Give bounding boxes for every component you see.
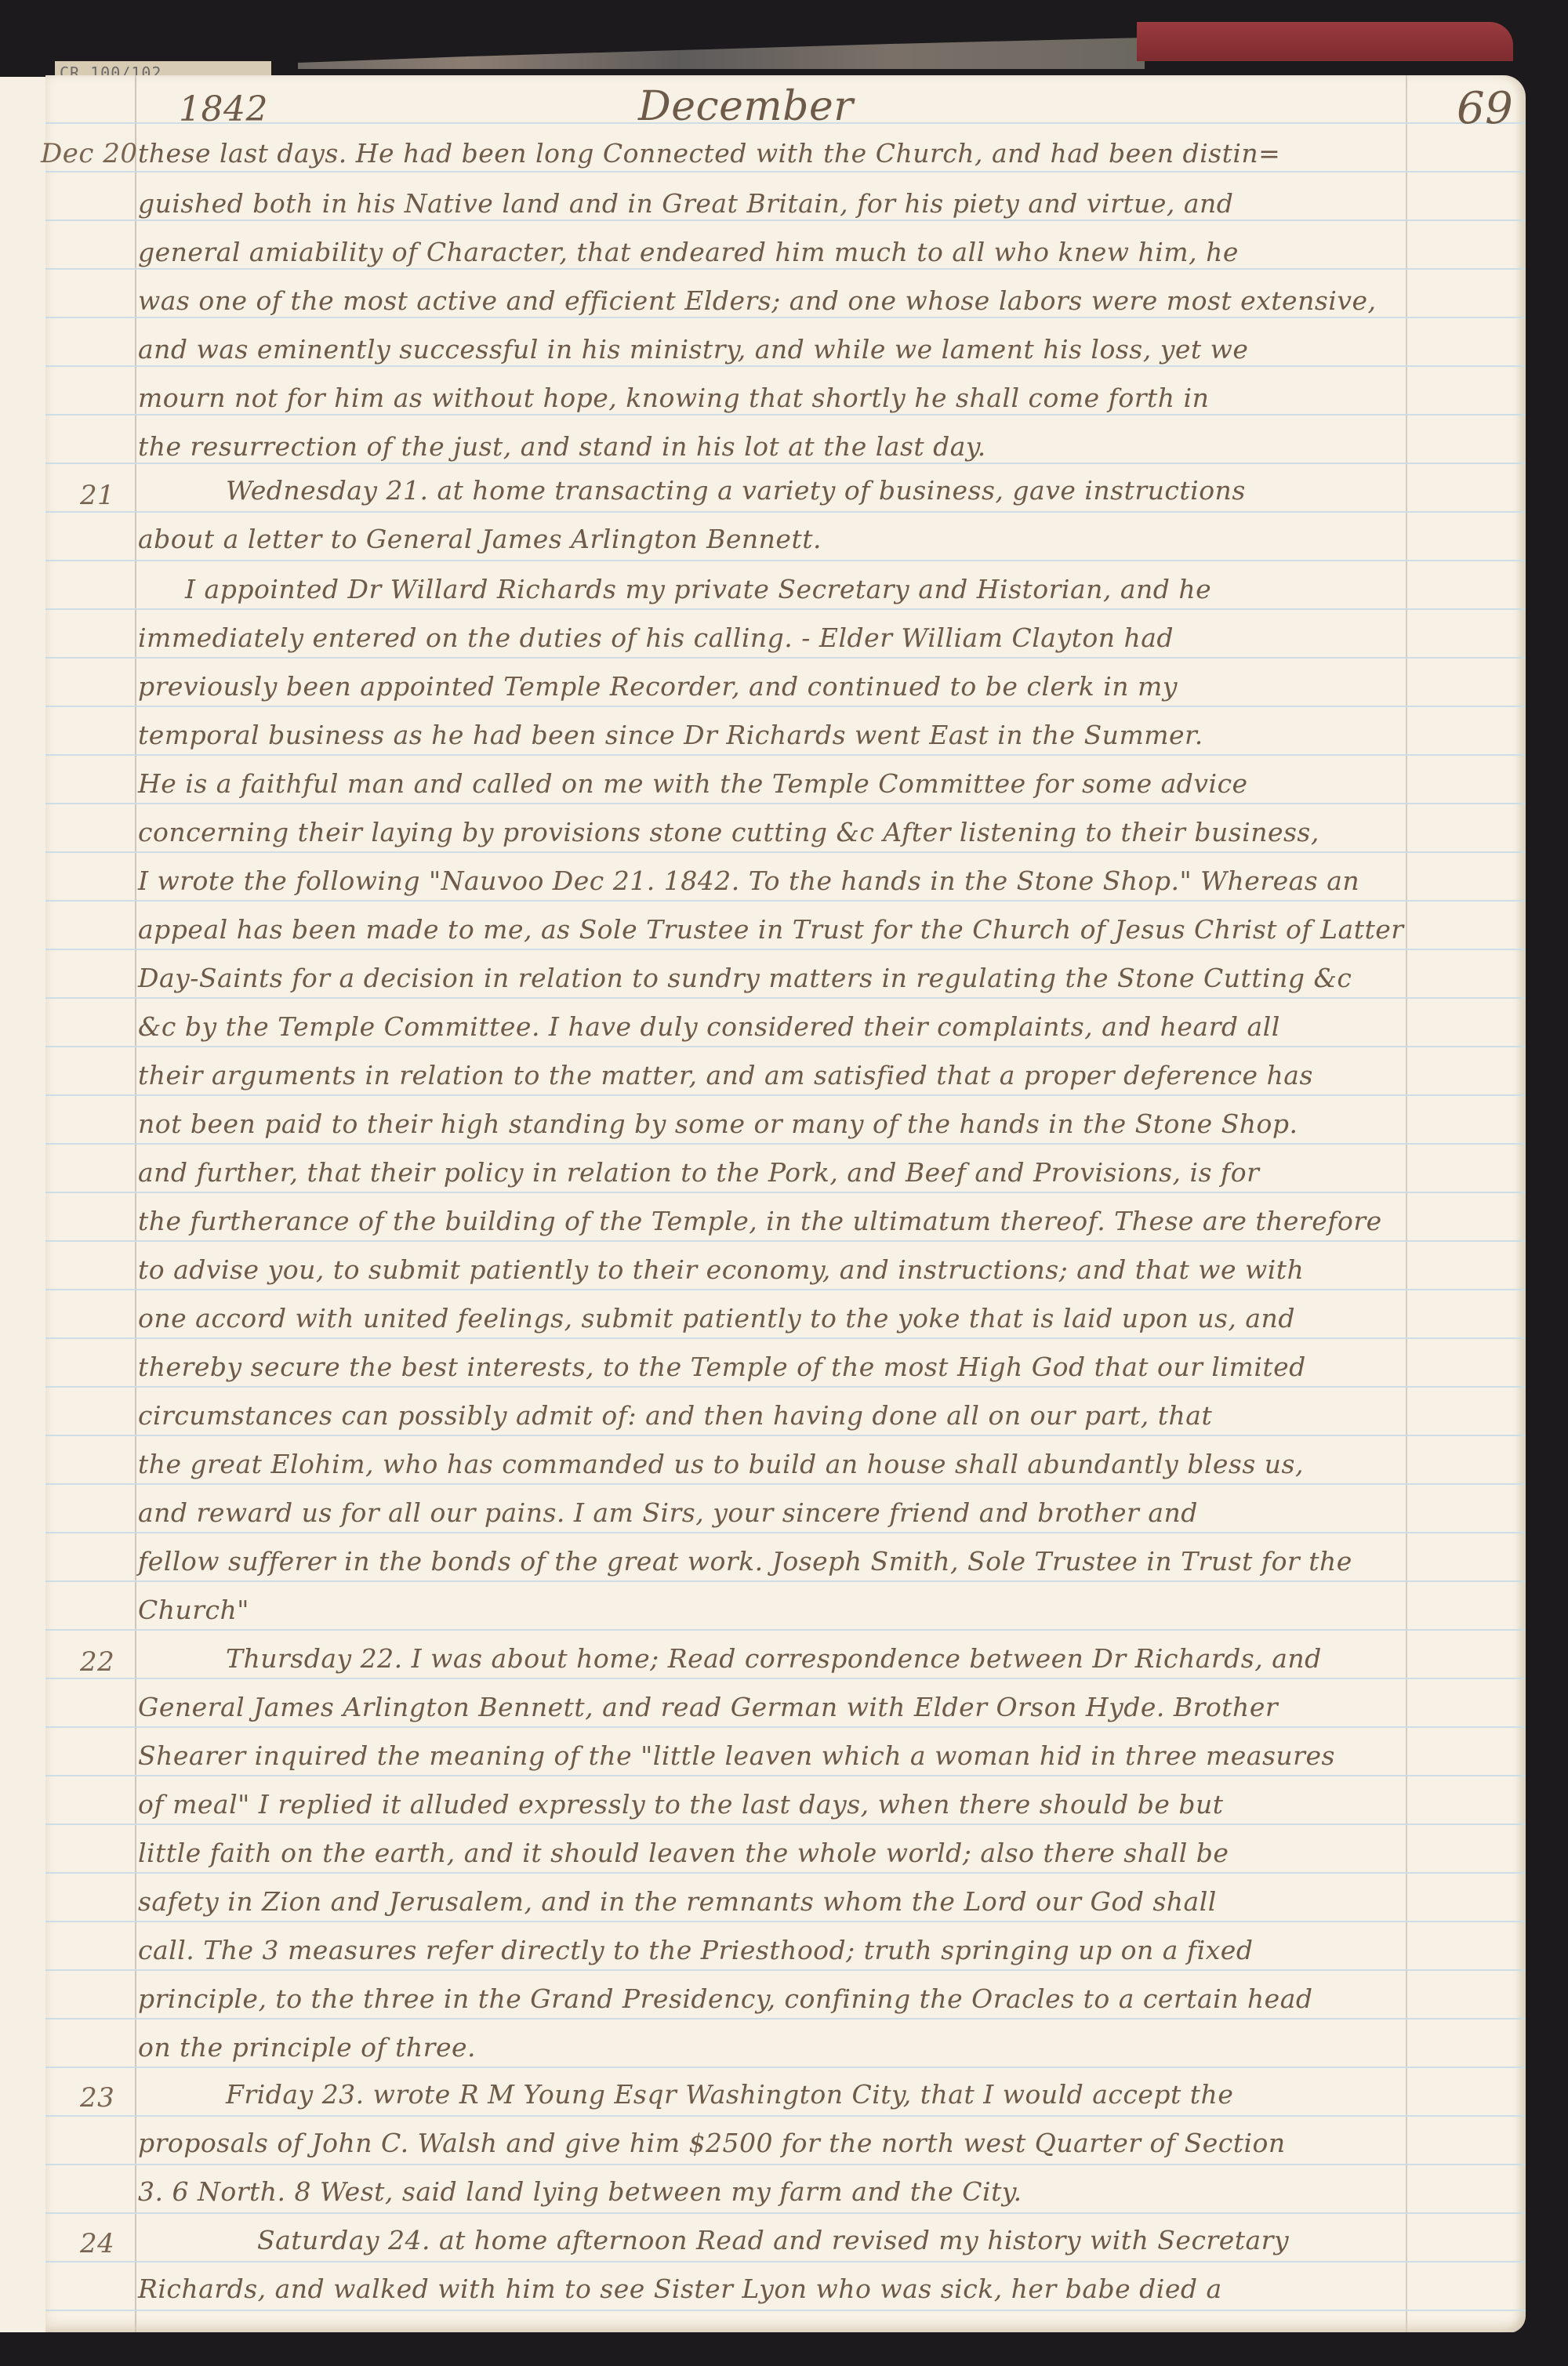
rule-line: [45, 2310, 1526, 2311]
header-month: December: [638, 83, 854, 130]
entry-line: He is a faithful man and called on me wi…: [138, 768, 1248, 799]
entry-line: of meal" I replied it alluded expressly …: [138, 1789, 1224, 1820]
entry-line: and further, that their policy in relati…: [138, 1157, 1259, 1188]
rule-line: [45, 1046, 1526, 1047]
entry-line: the resurrection of the just, and stand …: [138, 431, 986, 462]
entry-line: I wrote the following "Nauvoo Dec 21. 18…: [138, 865, 1359, 896]
entry-line: Saturday 24. at home afternoon Read and …: [257, 2225, 1289, 2255]
rule-line: [45, 803, 1526, 804]
entry-line: call. The 3 measures refer directly to t…: [138, 1935, 1253, 1965]
entry-line: to advise you, to submit patiently to th…: [138, 1254, 1304, 1285]
rule-line: [45, 1094, 1526, 1096]
rule-line: [45, 2067, 1526, 2068]
entry-line: General James Arlington Bennett, and rea…: [138, 1692, 1278, 1722]
entry-line: little faith on the earth, and it should…: [138, 1838, 1229, 1868]
rule-line: [45, 268, 1526, 270]
entry-line: general amiability of Character, that en…: [138, 237, 1239, 267]
entry-line: about a letter to General James Arlingto…: [138, 524, 822, 554]
margin-date-22: 22: [80, 1646, 114, 1678]
rule-line: [45, 1240, 1526, 1242]
entry-line: Day-Saints for a decision in relation to…: [138, 963, 1352, 993]
entry-line: 3. 6 North. 8 West, said land lying betw…: [138, 2176, 1022, 2207]
entry-line: Church": [138, 1595, 249, 1625]
entry-line: &c by the Temple Committee. I have duly …: [138, 1011, 1280, 1042]
entry-line: Wednesday 21. at home transacting a vari…: [226, 475, 1246, 506]
entry-line: their arguments in relation to the matte…: [138, 1060, 1313, 1090]
rule-line: [45, 1192, 1526, 1193]
margin-date-23: 23: [80, 2082, 114, 2114]
rule-line: [45, 657, 1526, 659]
entry-line: and was eminently successful in his mini…: [138, 334, 1248, 365]
rule-line: [45, 1872, 1526, 1874]
rule-line: [45, 706, 1526, 707]
rule-line: [45, 463, 1526, 464]
rule-line: [45, 171, 1526, 172]
rule-line: [45, 365, 1526, 367]
rule-line: [45, 1483, 1526, 1485]
rule-line: [45, 997, 1526, 999]
entry-line: principle, to the three in the Grand Pre…: [138, 1983, 1313, 2014]
rule-line: [45, 220, 1526, 221]
entry-line: these last days. He had been long Connec…: [138, 138, 1280, 169]
entry-line: mourn not for him as without hope, knowi…: [138, 383, 1209, 413]
red-binding-spine: [1137, 22, 1513, 61]
rule-line: [45, 1580, 1526, 1582]
rule-line: [45, 2212, 1526, 2214]
entry-line: Friday 23. wrote R M Young Esqr Washingt…: [226, 2079, 1233, 2110]
entry-line: circumstances can possibly admit of: and…: [138, 1400, 1212, 1431]
entry-line: previously been appointed Temple Recorde…: [138, 671, 1178, 702]
entry-line: and reward us for all our pains. I am Si…: [138, 1497, 1198, 1528]
rule-line: [45, 851, 1526, 853]
entry-line: on the principle of three.: [138, 2032, 476, 2063]
manuscript-page: 1842 December 69 Dec 20 these last days.…: [45, 75, 1526, 2333]
page-number: 69: [1457, 83, 1513, 134]
margin-date-24: 24: [80, 2228, 114, 2259]
rule-line: [45, 1337, 1526, 1339]
rule-line: [45, 1678, 1526, 1679]
rule-line: [45, 1289, 1526, 1290]
rule-line: [45, 1823, 1526, 1825]
entry-line: concerning their laying by provisions st…: [138, 817, 1319, 847]
entry-line: Thursday 22. I was about home; Read corr…: [226, 1643, 1322, 1674]
rule-line: [45, 1629, 1526, 1631]
rule-line: [45, 754, 1526, 756]
entry-line: safety in Zion and Jerusalem, and in the…: [138, 1886, 1217, 1917]
rule-line: [45, 949, 1526, 950]
rule-line: [45, 2115, 1526, 2117]
background-bottom: [0, 2332, 1568, 2366]
rule-line: [45, 317, 1526, 318]
rule-line: [45, 2261, 1526, 2263]
entry-line: appeal has been made to me, as Sole Trus…: [138, 914, 1404, 945]
rule-line: [45, 1143, 1526, 1145]
facing-page-edge: [0, 77, 48, 2335]
rule-line: [45, 1386, 1526, 1388]
entry-line: Shearer inquired the meaning of the "lit…: [138, 1740, 1335, 1771]
rule-line: [45, 1775, 1526, 1776]
rule-line: [45, 2018, 1526, 2019]
rule-line: [45, 1726, 1526, 1728]
entry-line: guished both in his Native land and in G…: [138, 188, 1233, 219]
entry-line: Richards, and walked with him to see Sis…: [138, 2273, 1222, 2304]
entry-line: temporal business as he had been since D…: [138, 720, 1203, 750]
rule-line: [45, 608, 1526, 610]
margin-date-dec20: Dec 20: [41, 138, 138, 169]
entry-line: thereby secure the best interests, to th…: [138, 1352, 1306, 1382]
rule-line: [45, 900, 1526, 902]
header-year: 1842: [179, 89, 268, 129]
rule-line: [45, 2164, 1526, 2165]
rule-line: [45, 560, 1526, 561]
rule-line: [45, 1921, 1526, 1922]
rule-line: [45, 414, 1526, 416]
entry-line: fellow sufferer in the bonds of the grea…: [138, 1546, 1352, 1577]
entry-line: was one of the most active and efficient…: [138, 285, 1376, 316]
rule-line: [45, 1532, 1526, 1533]
entry-line: immediately entered on the duties of his…: [138, 622, 1174, 653]
entry-line: one accord with united feelings, submit …: [138, 1303, 1295, 1334]
entry-line: not been paid to their high standing by …: [138, 1109, 1298, 1139]
entry-line: I appointed Dr Willard Richards my priva…: [185, 574, 1211, 604]
rule-line: [45, 511, 1526, 513]
entry-line: the great Elohim, who has commanded us t…: [138, 1449, 1304, 1479]
entry-line: proposals of John C. Walsh and give him …: [138, 2128, 1286, 2158]
rule-line: [45, 1435, 1526, 1436]
margin-date-21: 21: [80, 480, 114, 511]
rule-line: [45, 1969, 1526, 1971]
entry-line: the furtherance of the building of the T…: [138, 1206, 1382, 1236]
